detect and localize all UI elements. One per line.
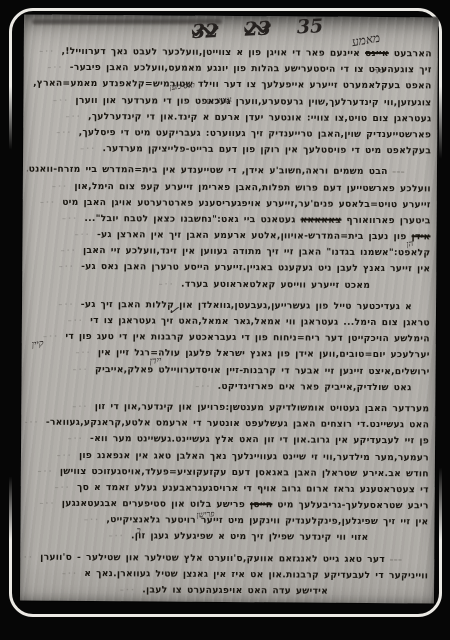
text-line: אידישע עדה האט אויפגעהערט צו לעבן. xyxy=(24,582,428,601)
text-segment: האט געשיינט.די רוצחים האבן געשלעפט אונטע… xyxy=(46,417,429,431)
text-line: בעקלאפט מיט די פויסטלעך אין רוקן פון דעם… xyxy=(27,141,431,160)
struck-text: איינס xyxy=(365,48,389,59)
text-segment: ביטערן פארוואורף xyxy=(341,215,430,227)
handwritten-note: הן xyxy=(406,239,414,249)
text-segment: פרישע בלוט און סטיפערים אבגעטאנגען xyxy=(62,498,250,510)
text-segment: די צעטראטענע גראז ארום גרוב אויף די ארוי… xyxy=(77,482,429,495)
text-segment: חודש אב.אירע שטראלן האבן באגאסן דעם עקזע… xyxy=(60,466,429,480)
text-segment: טראגן צום הימל... געטראגן ווי אמאל,גאר א… xyxy=(90,315,430,328)
handwritten-note: יותר xyxy=(373,67,385,76)
text-segment: ווייניקער די לעבעדיקע קרבנות.און אט איז … xyxy=(84,568,428,581)
text-segment: בעקלאפט מיט די פויסטלעך אין רוקן פון דעם… xyxy=(102,143,431,156)
text-segment: אין זייער גאנץ לעבן ניט געקענט באגיין.זי… xyxy=(81,261,430,274)
text-line: ירושלים,איצט זיינען זיי אבער די קרבנות-ז… xyxy=(26,361,430,380)
text-segment: אין זיי זיך שפיגלען,פינקלענדיק ווינקען מ… xyxy=(106,514,428,527)
text-segment: צוגעזען,ווי קינדערלעך,שוין גרעסערע,ווערן… xyxy=(75,94,431,107)
text-segment: פן זיי לעבעדיקע אין גרוב.און די זון האט … xyxy=(90,433,429,446)
text-segment: פארשטייענדיק שוין,האבן טרייענדיק זיך געו… xyxy=(79,127,432,140)
handwritten-note: קיין xyxy=(31,338,44,350)
struck-text: צאאאאא xyxy=(300,214,341,225)
text-segment: גאט שולדיק,אייביק פאר אים פארזינדיקט. xyxy=(218,381,412,393)
text-line: אין זייער גאנץ לעבן ניט געקענט באגיין.זי… xyxy=(26,259,430,278)
scanned-document-page: 322335 הארבעט איינס איינעם פאר די אויגן … xyxy=(20,15,438,604)
text-segment: מערדער האבן געטויט אומשולדיקע מענטשן:פרו… xyxy=(95,401,430,414)
text-segment: אזוי ווי קינדער שפילן זיך מיט א שפיגעלע … xyxy=(131,531,369,544)
handwritten-note: ✓ xyxy=(167,303,180,319)
text-segment: הימלשע הויכקייטן דער ריח=ניחוח פון די גע… xyxy=(65,331,430,345)
text-segment: געטאנט ביי גאט:"נחשבנו כצאן לטבח יובל"..… xyxy=(84,213,300,226)
text-segment: יערלעכע יום=טובים,ווען אידן פון גאנץ ישר… xyxy=(98,347,430,360)
text-segment: זייערע טויט=בלאסע פנים'ער,זייערע אויפגער… xyxy=(62,197,431,211)
handwritten-note: ב xyxy=(136,525,140,536)
text-segment: רעמער,מער מילדער,ווי זי שיינט געוויינלעך… xyxy=(79,449,429,462)
text-line: מאכט זייערע ווייסע קאלטאראוטע בערד. xyxy=(26,275,430,294)
text-segment: האפט בעקלאמערט זייערע אייפעלעך צו דער וו… xyxy=(33,78,432,92)
page-number: 32 xyxy=(191,19,219,44)
struck-text: הייסן xyxy=(250,499,272,510)
album-page-photo: 322335 הארבעט איינס איינעם פאר די אויגן … xyxy=(0,0,450,640)
text-line: גאט שולדיק,אייביק פאר אים פארזינדיקט. xyxy=(25,377,429,396)
text-segment: א געדיכטער טייל פון געשרייען,געבעטן,גווא… xyxy=(81,299,412,312)
text-segment: אידישע עדה האט אויפגעהערט צו לעבן. xyxy=(142,584,328,596)
handwritten-note: ייִדן xyxy=(149,355,161,367)
frame-fade-left xyxy=(4,86,20,540)
handwritten-page-numbers: 322335 xyxy=(191,15,323,45)
typewritten-text-block: הארבעט איינס איינעם פאר די אויגן פון א צ… xyxy=(24,44,432,601)
text-line: אזוי ווי קינדער שפילן זיך מיט א שפיגעלע … xyxy=(24,528,428,547)
struck-text: אידן xyxy=(412,231,431,242)
text-segment: געטראגן צום טויט,צו צוויי: אונטער יעדן א… xyxy=(88,111,431,124)
text-segment: ירושלים,איצט זיינען זיי אבער די קרבנות-ז… xyxy=(95,364,430,377)
text-segment: ריבע שטראסעלעך-גריבעלעך מיט xyxy=(272,499,428,511)
text-segment: וועלכע פארשטייען דעם פרוש תפלות,האבן פאר… xyxy=(74,180,431,193)
text-segment: דער טאג גייט לאנגזאם אוועק,ס'ווערט אלץ ש… xyxy=(40,551,385,564)
text-segment: הארבעט xyxy=(389,48,432,59)
text-segment: מאכט זייערע ווייסע קאלטאראוטע בערד. xyxy=(181,278,370,290)
text-segment: קלאפט:"אשמנו בגדנו" האבן זיי זיך מתודה ג… xyxy=(83,245,430,258)
text-line: אין זיי זיך שפיגלען,פינקלענדיק ווינקען מ… xyxy=(24,512,428,531)
page-number: 23 xyxy=(244,17,272,42)
text-segment: הבט משמים וראה,חשוב'ע אידן, די שטייענדע … xyxy=(25,164,388,178)
text-segment: פון נעבן בית=המדרש-אויוון,אלטע ארעמע האב… xyxy=(97,229,412,242)
page-number: 35 xyxy=(296,15,324,40)
text-segment: איינעם פאר די אויגן פון א צווייטן,וועלכע… xyxy=(61,46,365,59)
text-line: ווייניקער די לעבעדיקע קרבנות.און אט איז … xyxy=(24,565,428,584)
handwritten-note: פרישן xyxy=(196,509,215,519)
